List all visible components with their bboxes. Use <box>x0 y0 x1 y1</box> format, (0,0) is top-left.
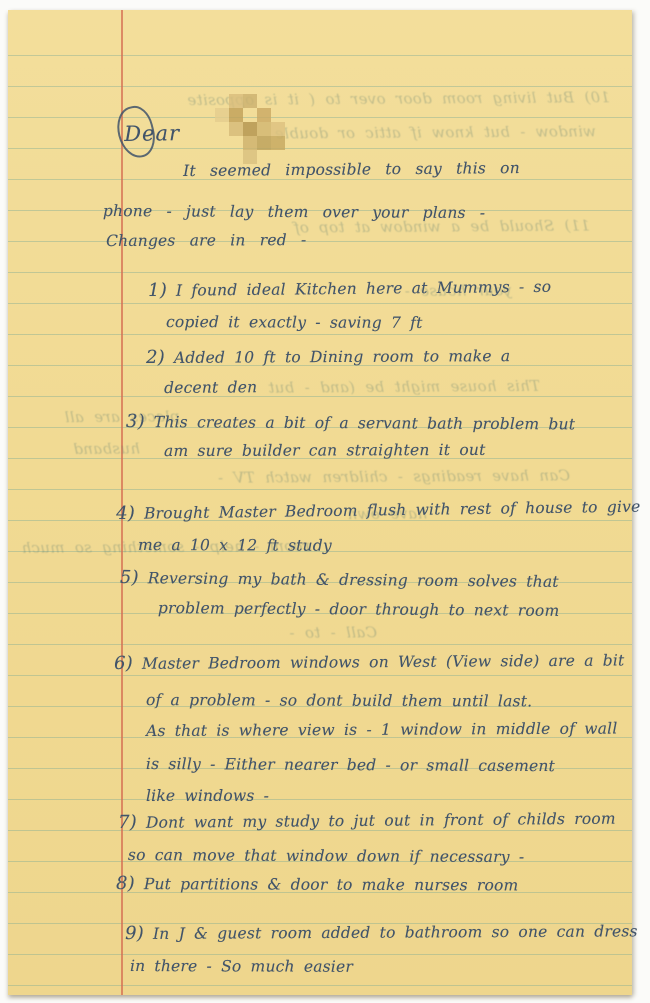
list-item-8: 8)Put partitions & door to make nurses r… <box>116 873 519 895</box>
bleedthrough-text: This house might be (and - but <box>210 377 540 397</box>
item-number: 4) <box>116 503 135 524</box>
item-number: 2) <box>146 347 165 368</box>
intro-line: It seemed impossible to say this on <box>183 159 520 180</box>
bleedthrough-text: Call - to - <box>177 623 377 642</box>
list-item-6: 6)Master Bedroom windows on West (View s… <box>114 649 625 674</box>
list-item-4: 4)Brought Master Bedroom flush with rest… <box>116 496 641 524</box>
item-number: 5) <box>120 567 139 588</box>
list-item-5-cont: problem perfectly - door through to next… <box>158 599 560 620</box>
list-item-1: 1)I found ideal Kitchen here at Mummys -… <box>148 276 551 301</box>
intro-line: phone - just lay them over your plans - <box>103 202 485 222</box>
list-item-5: 5)Reversing my bath & dressing room solv… <box>120 567 559 592</box>
intro-line: Changes are in red - <box>106 231 306 250</box>
list-item-3-cont: am sure builder can straighten it out <box>164 441 486 460</box>
list-item-1-cont: copied it exactly - saving 7 ft <box>166 313 423 332</box>
item-number: 8) <box>116 873 135 894</box>
legal-pad-page: 10) But living room door over to ( it is… <box>8 10 632 995</box>
circled-initial-flourish <box>112 102 160 161</box>
list-item-2-cont: decent den <box>164 378 257 397</box>
list-item-6-cont: As that is where view is - 1 window in m… <box>146 720 618 740</box>
list-item-9: 9)In J & guest room added to bathroom so… <box>125 920 638 944</box>
list-item-7: 7)Dont want my study to jut out in front… <box>118 808 616 833</box>
list-item-6-cont: like windows - <box>146 787 269 805</box>
list-item-3: 3)This creates a bit of a servant bath p… <box>126 411 575 434</box>
bleedthrough-text: window - but know if attic or double <box>116 122 596 143</box>
letter-photo: 10) But living room door over to ( it is… <box>0 0 650 1003</box>
item-number: 6) <box>114 653 133 674</box>
bleedthrough-text: Can have readings - children watch TV - <box>100 466 570 487</box>
item-number: 9) <box>125 923 144 944</box>
list-item-6-cont: is silly - Either nearer bed - or small … <box>146 755 555 775</box>
item-number: 3) <box>126 411 145 432</box>
bleedthrough-text: 10) But living room door over to ( it is… <box>105 88 610 110</box>
list-item-2: 2)Added 10 ft to Dining room to make a <box>146 345 510 368</box>
list-item-6-cont: of a problem - so dont build them until … <box>146 691 532 710</box>
list-item-4-cont: me a 10 x 12 ft study <box>138 536 332 555</box>
item-number: 7) <box>118 812 137 833</box>
list-item-9-cont: in there - So much easier <box>130 957 353 976</box>
list-item-7-cont: so can move that window down if necessar… <box>128 846 524 866</box>
item-number: 1) <box>148 280 167 301</box>
redacted-name-pixelation <box>215 94 297 160</box>
